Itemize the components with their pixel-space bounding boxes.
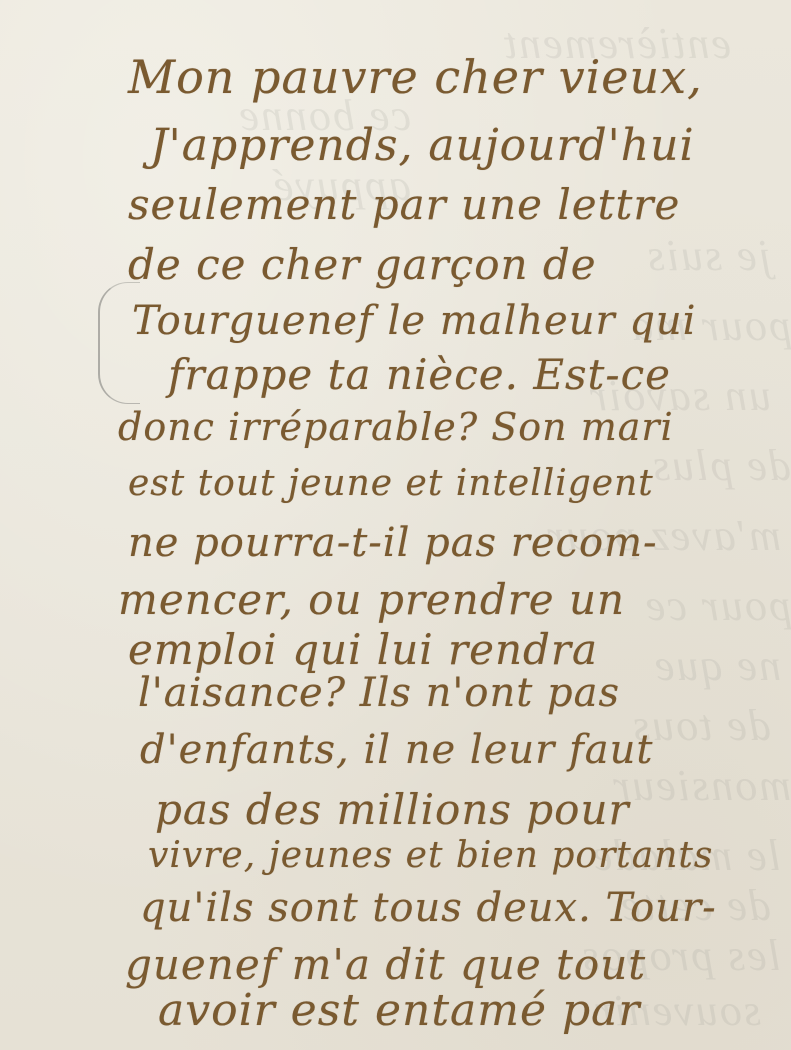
handwritten-line: est tout jeune et intelligent — [128, 463, 654, 504]
handwritten-line: emploi qui lui rendra — [128, 625, 598, 674]
handwritten-line: d'enfants, il ne leur faut — [140, 727, 653, 773]
handwritten-line: pas des millions pour — [155, 785, 630, 834]
handwritten-line: qu'ils sont tous deux. Tour- — [140, 885, 717, 931]
handwritten-line: Tourguenef le malheur qui — [132, 298, 696, 344]
handwritten-line: J'apprends, aujourd'hui — [150, 120, 695, 171]
handwritten-line: frappe ta nièce. Est-ce — [168, 350, 671, 399]
handwritten-line: donc irréparable? Son mari — [118, 405, 674, 449]
handwritten-line: guenef m'a dit que tout — [125, 940, 646, 989]
bleed-line: pour ce — [644, 580, 791, 631]
handwritten-line: mencer, ou prendre un — [118, 575, 625, 624]
handwritten-line: Mon pauvre cher vieux, — [128, 50, 703, 104]
handwritten-line: seulement par une lettre — [128, 180, 680, 229]
handwritten-line: ne pourra-t-il pas recom- — [128, 520, 658, 566]
handwritten-line: avoir est entamé par — [158, 985, 640, 1036]
handwritten-line: l'aisance? Ils n'ont pas — [138, 670, 620, 716]
handwritten-line: vivre, jeunes et bien portants — [148, 835, 713, 876]
bleed-line: ne que — [653, 640, 781, 691]
letter-page: entièrement ce bonne appuyé je suis pour… — [0, 0, 791, 1050]
bleed-line: je suis — [646, 230, 771, 281]
handwritten-line: de ce cher garçon de — [128, 240, 597, 289]
